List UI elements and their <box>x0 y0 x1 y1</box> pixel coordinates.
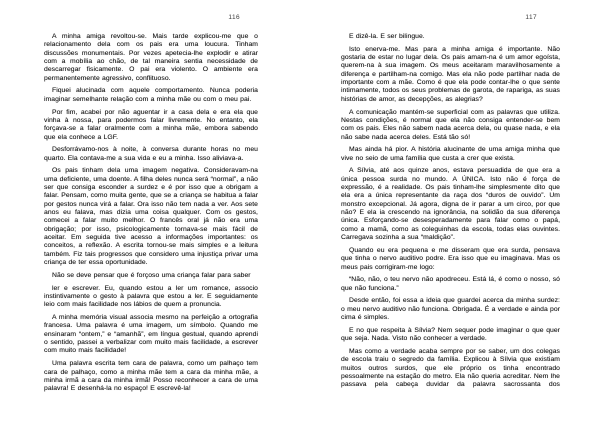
book-spread: 116 117 A minha amiga revoltou-se. Mais … <box>0 0 600 424</box>
paragraph: A comunicação mantém-se superficial com … <box>341 109 560 142</box>
paragraph: A Sílvia, até aos quinze anos, estava pe… <box>341 167 560 242</box>
paragraph: Isto enerva-me. Mas para a minha amiga é… <box>341 46 560 104</box>
paragraph: A minha memória visual associa mesmo na … <box>44 314 258 356</box>
page-number-right: 117 <box>341 14 537 22</box>
right-page: E dizê-la. E ser bilingue. Isto enerva-m… <box>341 33 560 394</box>
paragraph: Desde então, foi essa a ideia que guarde… <box>341 297 560 322</box>
paragraph: Não se deve pensar que é forçoso uma cri… <box>44 272 258 280</box>
paragraph: Os pais tinham dela uma imagem negativa.… <box>44 167 258 267</box>
left-page: A minha amiga revoltou-se. Mais tarde ex… <box>44 33 258 398</box>
paragraph: “Não, não, o teu nervo não apodreceu. Es… <box>341 276 560 293</box>
paragraph: Por fim, acabei por não aguentar ir a ca… <box>44 109 258 142</box>
paragraph: A minha amiga revoltou-se. Mais tarde ex… <box>44 33 258 83</box>
paragraph: E dizê-la. E ser bilingue. <box>341 33 560 41</box>
paragraph: ler e escrever. Eu, quando estou a ler u… <box>44 285 258 310</box>
paragraph: Quando eu era pequena e me disseram que … <box>341 247 560 272</box>
page-number-left: 116 <box>44 14 240 22</box>
paragraph: Mas como a verdade acaba sempre por se s… <box>341 348 560 390</box>
paragraph: E no que respeita à Sílvia? Nem sequer p… <box>341 327 560 344</box>
paragraph: Mas ainda há pior. A história alucinante… <box>341 146 560 163</box>
paragraph: Desforrávamo-nos à noite, à conversa dur… <box>44 146 258 163</box>
paragraph: Fiquei alucinada com aquele comportament… <box>44 87 258 104</box>
paragraph: Uma palavra escrita tem cara de palavra,… <box>44 360 258 393</box>
